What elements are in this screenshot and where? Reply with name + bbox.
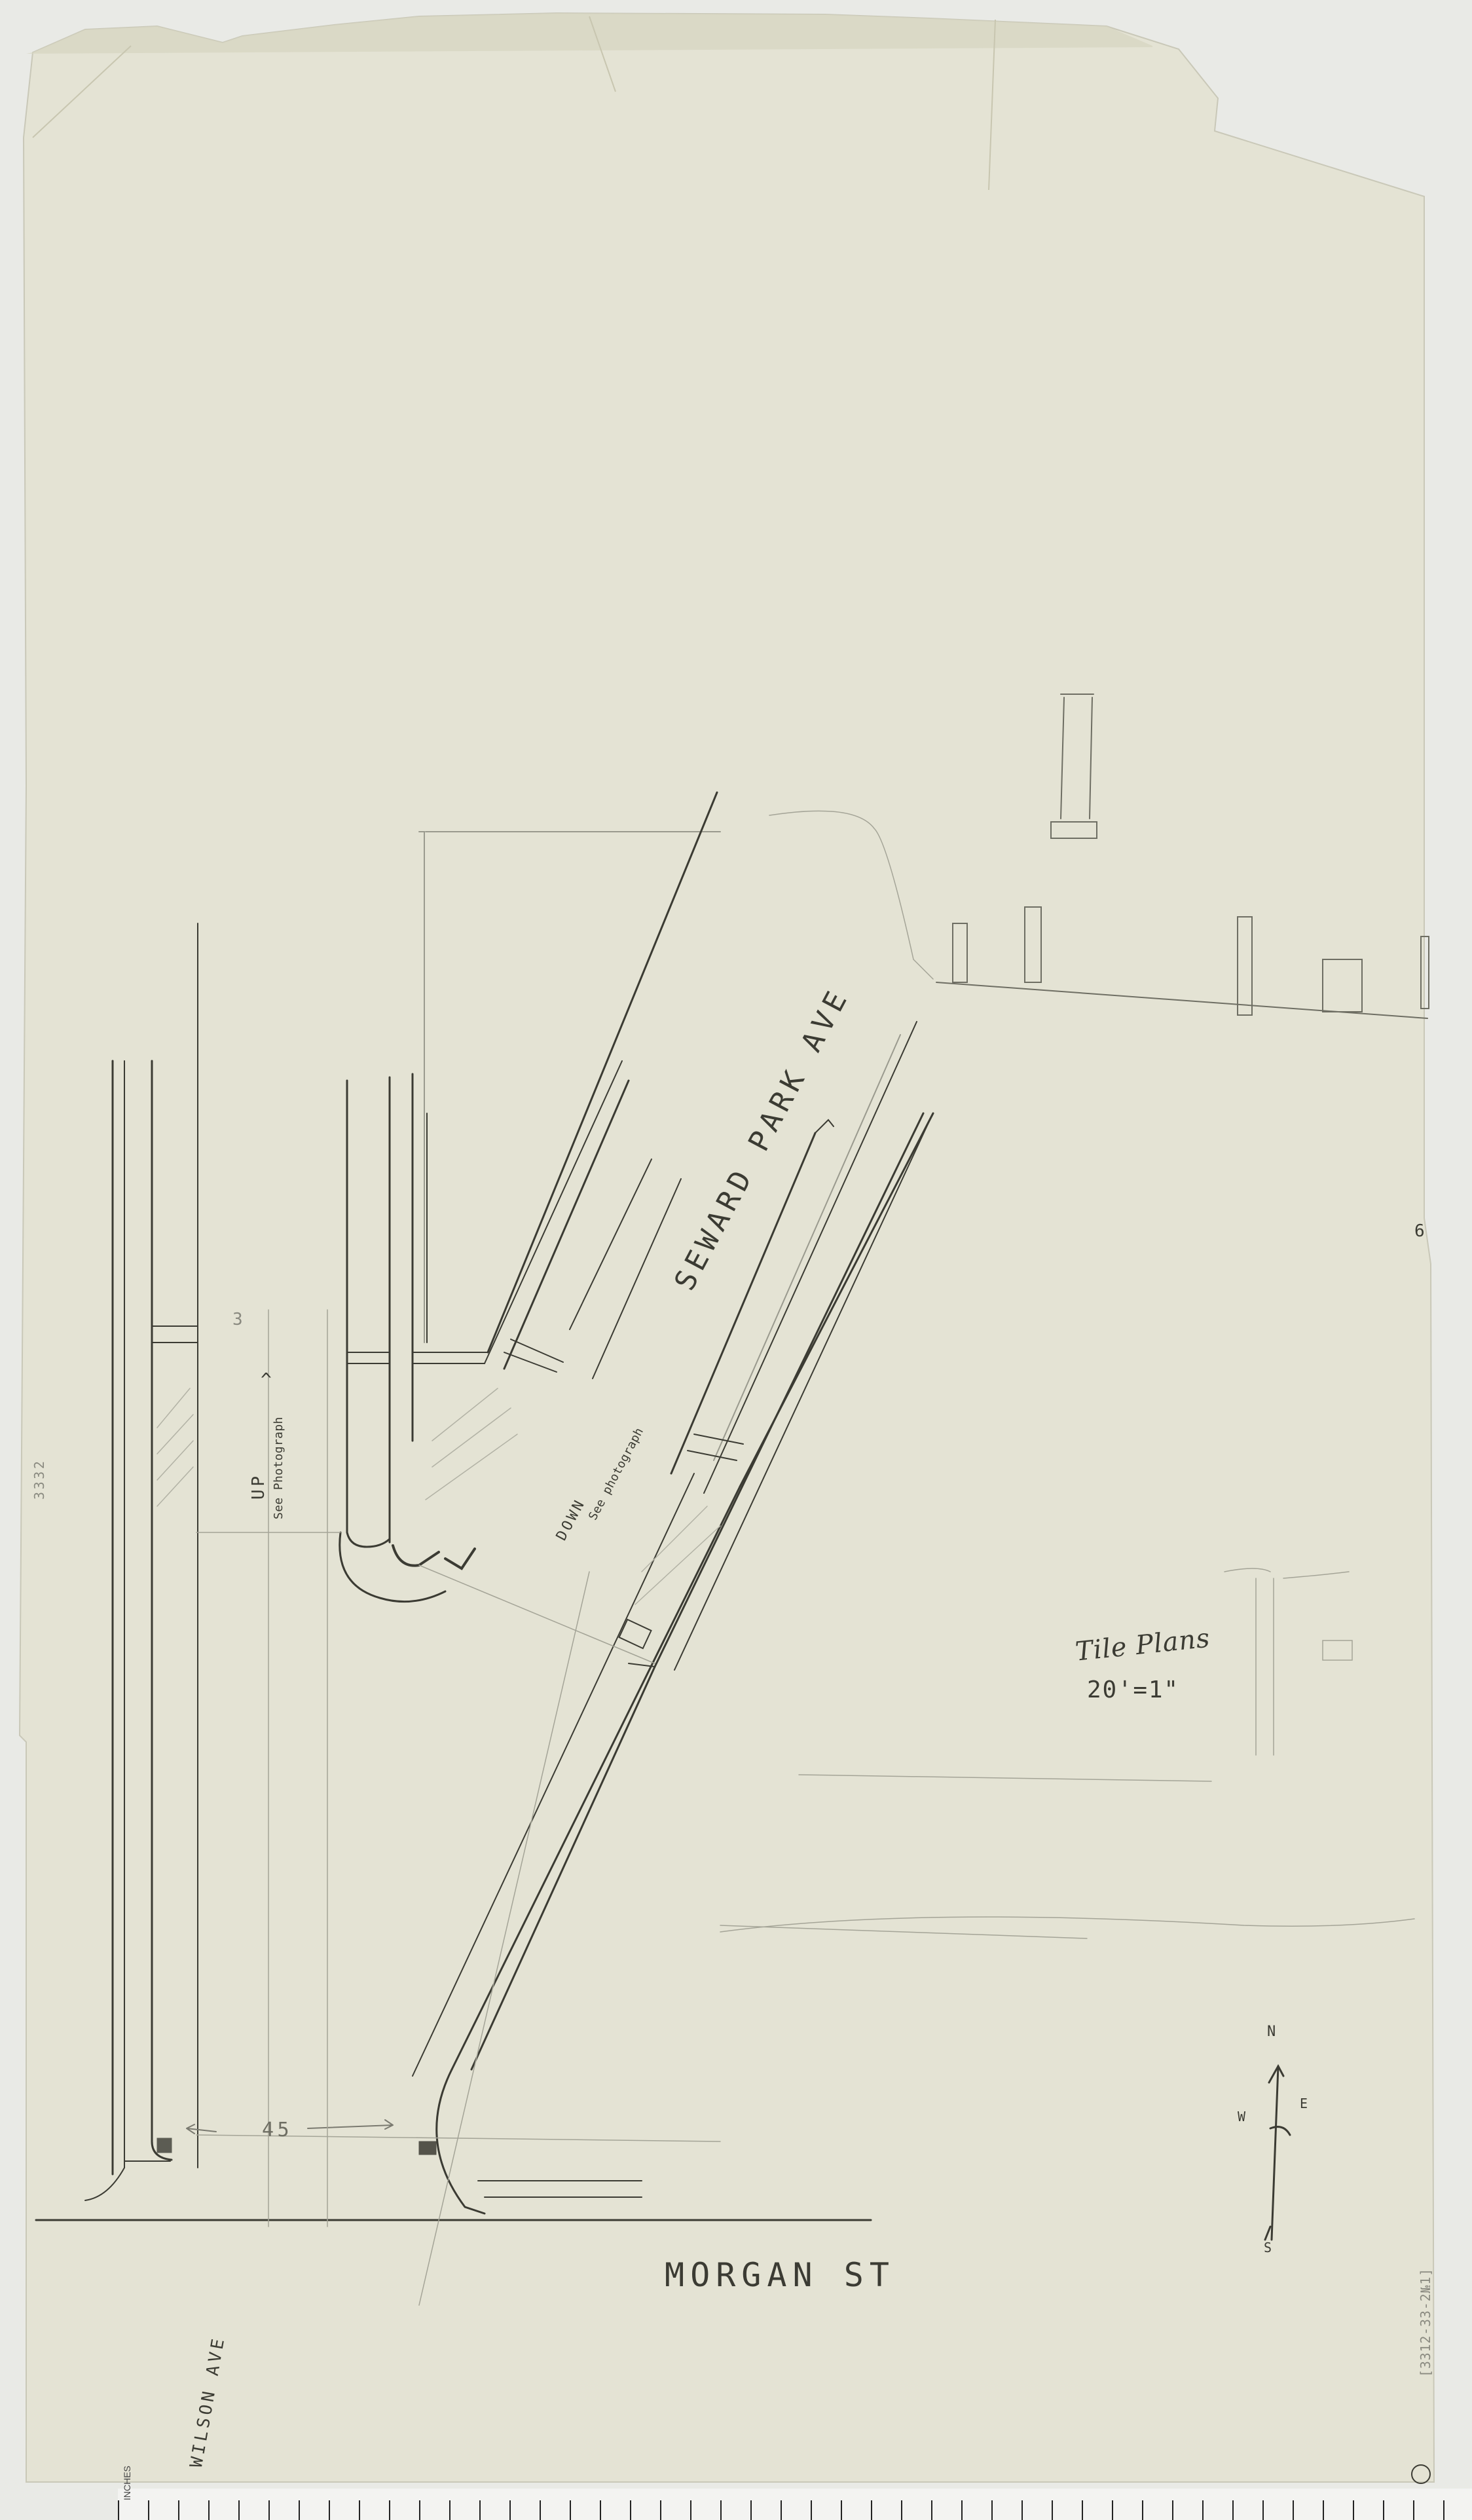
up-label: UP [249,1473,268,1500]
catalog-number: [3312-33-2№1] [1418,2268,1433,2377]
compass-north: N [1267,2024,1278,2040]
up-photo-note: See Photograph [272,1417,285,1519]
sheet-number: 6 [1414,1221,1427,1241]
scale-ruler [118,2489,1472,2520]
compass-west: W [1238,2109,1248,2124]
mark-3: 3 [232,1310,246,1329]
margin-note: 3332 [31,1458,47,1500]
drawing-sheet [0,0,1472,2520]
dimension-45: 45 [262,2119,293,2141]
ruler-label: INCHES [122,2466,132,2500]
up-arrow-icon: ^ [261,1369,275,1390]
paper [20,13,1434,2482]
compass-east: E [1300,2096,1310,2111]
drawing-scale: 20'=1" [1087,1677,1179,1703]
compass-south: S [1264,2240,1274,2255]
street-label-morgan-st: MORGAN ST [665,2256,895,2294]
